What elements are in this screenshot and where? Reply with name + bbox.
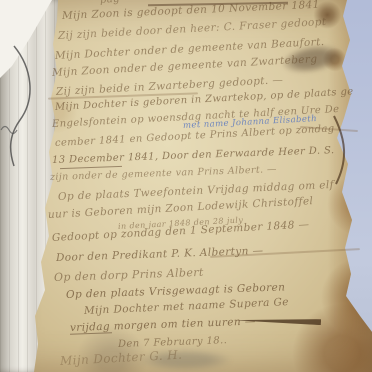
manuscript-photo: pagMijn Zoon is gedoopt den 10 November … bbox=[0, 0, 372, 372]
manuscript-line-10: 13 December 1841, Door den Eerwaarde Hee… bbox=[52, 145, 335, 166]
manuscript-line-3: Mijn Dochter onder de gemeente van Beauf… bbox=[55, 36, 325, 62]
manuscript-line-22: Mijn Dochter G. H. bbox=[60, 348, 183, 368]
manuscript-line-16: Door den Predikant P. K. Albertyn — bbox=[56, 245, 264, 264]
manuscript-line-5: Zij zijn beide in Zwarteberg gedoopt. — bbox=[56, 74, 284, 98]
manuscript-line-17: Op den dorp Prins Albert bbox=[54, 266, 204, 284]
manuscript-line-11: zijn onder de gemeente van Prins Albert.… bbox=[50, 164, 277, 183]
manuscript-line-7: Engelsfontein op woensdag nacht te half … bbox=[52, 104, 340, 130]
manuscript-line-4: Mijn Zoon onder de gemeente van Zwartebe… bbox=[52, 53, 318, 79]
manuscript-line-2: Zij zijn beide door den heer: C. Fraser … bbox=[58, 16, 327, 42]
manuscript-line-1: Mijn Zoon is gedoopt den 10 November 184… bbox=[62, 0, 320, 22]
manuscript-line-15: Gedoopt op zondag den 1 September 1848 — bbox=[52, 219, 310, 244]
manuscript-line-19: Mijn Dochter met naame Supera Ge bbox=[84, 296, 289, 317]
manuscript-line-21: Den 7 February 18.. bbox=[118, 335, 228, 350]
manuscript-line-13: uur is Geboren mijn Zoon Lodewijk Christ… bbox=[48, 195, 314, 221]
manuscript-line-20: vrijdag morgen om tien uuren — bbox=[70, 316, 256, 334]
manuscript-line-18: Op den plaats Vrisgewaagt is Geboren bbox=[66, 281, 286, 301]
manuscript-line-8: met name Johanna Elisabeth bbox=[183, 114, 318, 131]
manuscript-line-12: Op de plaats Tweefontein Vrijdag middag … bbox=[58, 179, 334, 203]
manuscript-line-0: pag bbox=[100, 0, 121, 6]
manuscript-text: pagMijn Zoon is gedoopt den 10 November … bbox=[0, 0, 372, 372]
manuscript-line-9: cember 1841 en Gedoopt te Prins Albert o… bbox=[55, 123, 335, 149]
manuscript-line-6: Mijn Dochter is geboren in Zwartekop, op… bbox=[55, 86, 354, 113]
manuscript-line-14: in den jaar 1848 den 28 july bbox=[118, 215, 244, 231]
